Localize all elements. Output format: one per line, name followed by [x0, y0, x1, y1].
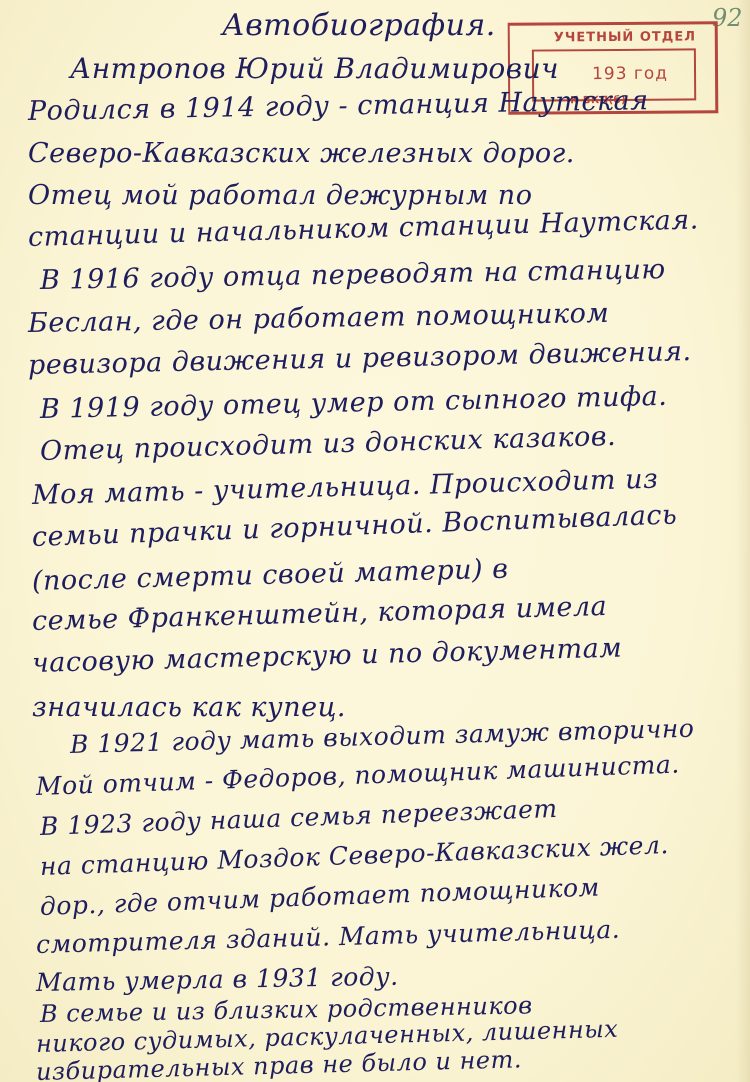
text-line: смотрителя зданий. Мать учительница.	[36, 915, 621, 959]
text-line: Мать умерла в 1931 году.	[36, 962, 399, 997]
text-line: В 1916 году отца переводят на станцию	[40, 254, 666, 296]
text-line: В 1923 году наша семья переезжает	[39, 794, 558, 841]
text-line: значилась как купец.	[32, 692, 346, 723]
text-line: Северо-Кавказских железных дорог.	[28, 138, 575, 169]
stamp-title: УЧЕТНЫЙ ОТДЕЛ	[554, 29, 696, 45]
text-line: Родился в 1914 году - станция Наутская	[28, 85, 649, 127]
text-line: (после смерти своей матери) в	[32, 554, 509, 597]
document-title: Автобиография.	[222, 8, 496, 43]
document-page: 92 УЧЕТНЫЙ ОТДЕЛ 193 год К ВКП(б) Автоби…	[0, 0, 750, 1082]
text-line: дор., где отчим работает помощником	[39, 872, 600, 921]
text-line: ревизора движения и ревизором движения.	[28, 336, 692, 381]
text-line: Отец мой работал дежурным по	[28, 180, 532, 211]
text-line: станции и начальником станции Наутская.	[28, 204, 700, 253]
text-line: Беслан, где он работает помощником	[28, 298, 610, 339]
text-line: часовую мастерскую и по документам	[32, 633, 623, 679]
text-line: В 1919 году отец умер от сыпного тифа.	[40, 381, 668, 425]
author-name: Антропов Юрий Владимирович	[70, 52, 559, 85]
stamp-year: 193 год	[592, 64, 668, 85]
text-line: Отец происходит из донских казаков.	[40, 421, 617, 467]
text-line: семье Франкенштейн, которая имела	[32, 591, 608, 637]
